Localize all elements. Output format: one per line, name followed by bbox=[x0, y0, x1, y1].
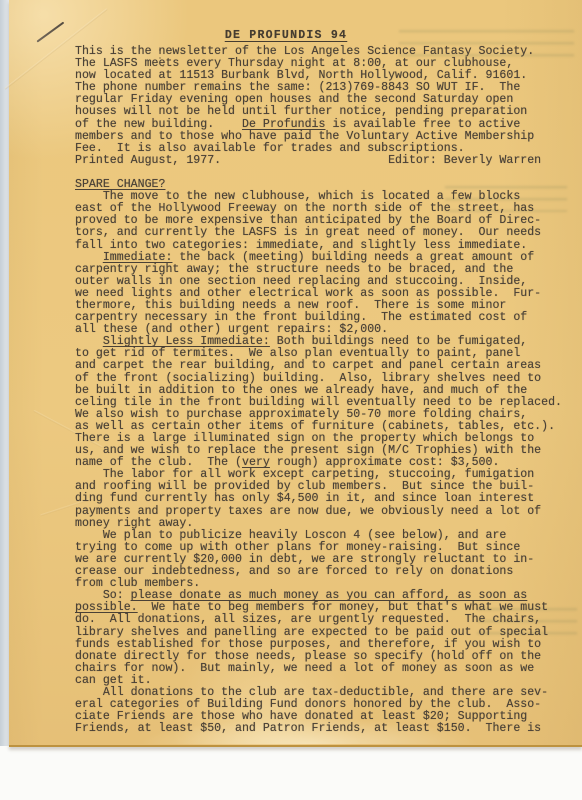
underlined-text: De Profundis bbox=[242, 118, 326, 131]
text-segment: All donations to the club are tax-deduct… bbox=[75, 686, 548, 699]
text-segment: now located at 11513 Burbank Blvd, North… bbox=[75, 69, 527, 82]
text-segment: we are currently $20,000 in debt, we are… bbox=[75, 553, 534, 566]
text-segment: celing tile in the front building will e… bbox=[75, 396, 562, 409]
text-segment: of the new building. bbox=[75, 118, 242, 131]
text-segment: of the front (socializing) building. Als… bbox=[75, 372, 541, 385]
text-segment: from club members. bbox=[75, 577, 200, 590]
text-segment: donate directly for those needs, please … bbox=[75, 650, 541, 663]
page-title: DE PROFUNDIS 94 bbox=[225, 29, 347, 42]
text-segment: ding fund currently has only $4,500 in i… bbox=[75, 492, 534, 505]
text-segment: Printed August, 1977. Editor: Beverly Wa… bbox=[75, 154, 541, 167]
text-segment: funds established for those purposes, an… bbox=[75, 638, 541, 651]
text-segment: fall into two categories: immediate, and… bbox=[75, 239, 527, 252]
text-segment: ciate Friends are those who have donated… bbox=[75, 710, 527, 723]
text-segment: tors, and currently the LASFS is in grea… bbox=[75, 226, 541, 239]
text-segment: and carpet the rear building, and to car… bbox=[75, 359, 541, 372]
text-segment: is available free to active bbox=[325, 118, 520, 131]
text-segment: So: bbox=[75, 589, 131, 602]
text-segment: There is a large illuminated sign on the… bbox=[75, 432, 534, 445]
text-segment: thermore, this building needs a new roof… bbox=[75, 299, 506, 312]
pen-mark bbox=[36, 22, 64, 43]
text-segment: do. All donations, all sizes, are urgent… bbox=[75, 613, 541, 626]
underlined-text: Slightly Less Immediate: bbox=[103, 335, 270, 348]
text-segment: Friends, at least $50, and Patron Friend… bbox=[75, 722, 541, 735]
text-segment: trying to come up with other plans for m… bbox=[75, 541, 520, 554]
text-segment: and roofing will be provided by club mem… bbox=[75, 480, 534, 493]
text-segment: houses will not be held until further no… bbox=[75, 105, 527, 118]
scanner-edge-strip bbox=[0, 0, 9, 746]
text-segment: east of the Hollywood Freeway on the nor… bbox=[75, 202, 534, 215]
text-segment: chairs for now). But mainly, we need a l… bbox=[75, 662, 534, 675]
text-segment: outer walls in one section need replacin… bbox=[75, 275, 527, 288]
text-segment: eral categories of Building Fund donors … bbox=[75, 698, 541, 711]
text-line: Printed August, 1977. Editor: Beverly Wa… bbox=[75, 155, 576, 167]
text-segment: The labor for all work except carpeting,… bbox=[75, 468, 534, 481]
underlined-text: SPARE CHANGE? bbox=[75, 178, 165, 191]
underlined-text: Immediate: bbox=[103, 251, 173, 264]
text-segment: This is the newsletter of the Los Angele… bbox=[75, 45, 534, 58]
text-segment: carpentry right away; the structure need… bbox=[75, 263, 513, 276]
underlined-text: very bbox=[242, 456, 270, 469]
document-lines: This is the newsletter of the Los Angele… bbox=[75, 46, 576, 735]
text-segment: as well as certain other items of furnit… bbox=[75, 420, 555, 433]
text-segment: payments and property taxes are now due,… bbox=[75, 505, 541, 518]
text-segment: regular Friday evening open houses and t… bbox=[75, 93, 513, 106]
text-segment: to get rid of termites. We also plan eve… bbox=[75, 347, 520, 360]
text-segment: crease our indebtedness, and so are forc… bbox=[75, 565, 513, 578]
text-segment: The LASFS meets every Thursday night at … bbox=[75, 57, 513, 70]
text-segment: money right away. bbox=[75, 517, 193, 530]
text-segment: We also wish to purchase approximately 5… bbox=[75, 408, 527, 421]
text-segment: carpentry necessary in the front buildin… bbox=[75, 311, 527, 324]
text-segment: Both buildings need to be fumigated, bbox=[270, 335, 527, 348]
text-segment bbox=[75, 251, 103, 264]
text-segment bbox=[75, 335, 103, 348]
underlined-text: please donate as much money as you can a… bbox=[131, 589, 528, 602]
text-line: Friends, at least $50, and Patron Friend… bbox=[75, 723, 576, 735]
text-segment: can get it. bbox=[75, 674, 152, 687]
underlined-text: possible. bbox=[75, 601, 138, 614]
text-segment: rough) approximate cost: $3,500. bbox=[270, 456, 500, 469]
text-segment: name of the club. The ( bbox=[75, 456, 242, 469]
text-segment: library shelves and panelling are expect… bbox=[75, 626, 548, 639]
newsletter-paper: DE PROFUNDIS 94 This is the newsletter o… bbox=[9, 0, 582, 747]
text-segment: we need lights and other electrical work… bbox=[75, 287, 541, 300]
text-segment: be built in addition to the ones we alre… bbox=[75, 384, 527, 397]
text-segment: The move to the new clubhouse, which is … bbox=[75, 190, 520, 203]
text-segment: members and to those who have paid the V… bbox=[75, 130, 534, 143]
text-segment: Fee. It is also available for trades and… bbox=[75, 142, 465, 155]
text-segment: We hate to beg members for money, but th… bbox=[138, 601, 549, 614]
text-segment: the back (meeting) building needs a grea… bbox=[172, 251, 534, 264]
text-segment: us, and we wish to replace the present s… bbox=[75, 444, 541, 457]
text-segment: all these (and other) urgent repairs: $2… bbox=[75, 323, 388, 336]
text-segment: We plan to publicize heavily Loscon 4 (s… bbox=[75, 529, 506, 542]
text-segment: proved to be more expensive than anticip… bbox=[75, 214, 541, 227]
scan-background: { "colors": { "paper": "#ebc77d", "ink":… bbox=[0, 0, 582, 800]
text-segment: The phone number remains the same: (213)… bbox=[75, 81, 520, 94]
